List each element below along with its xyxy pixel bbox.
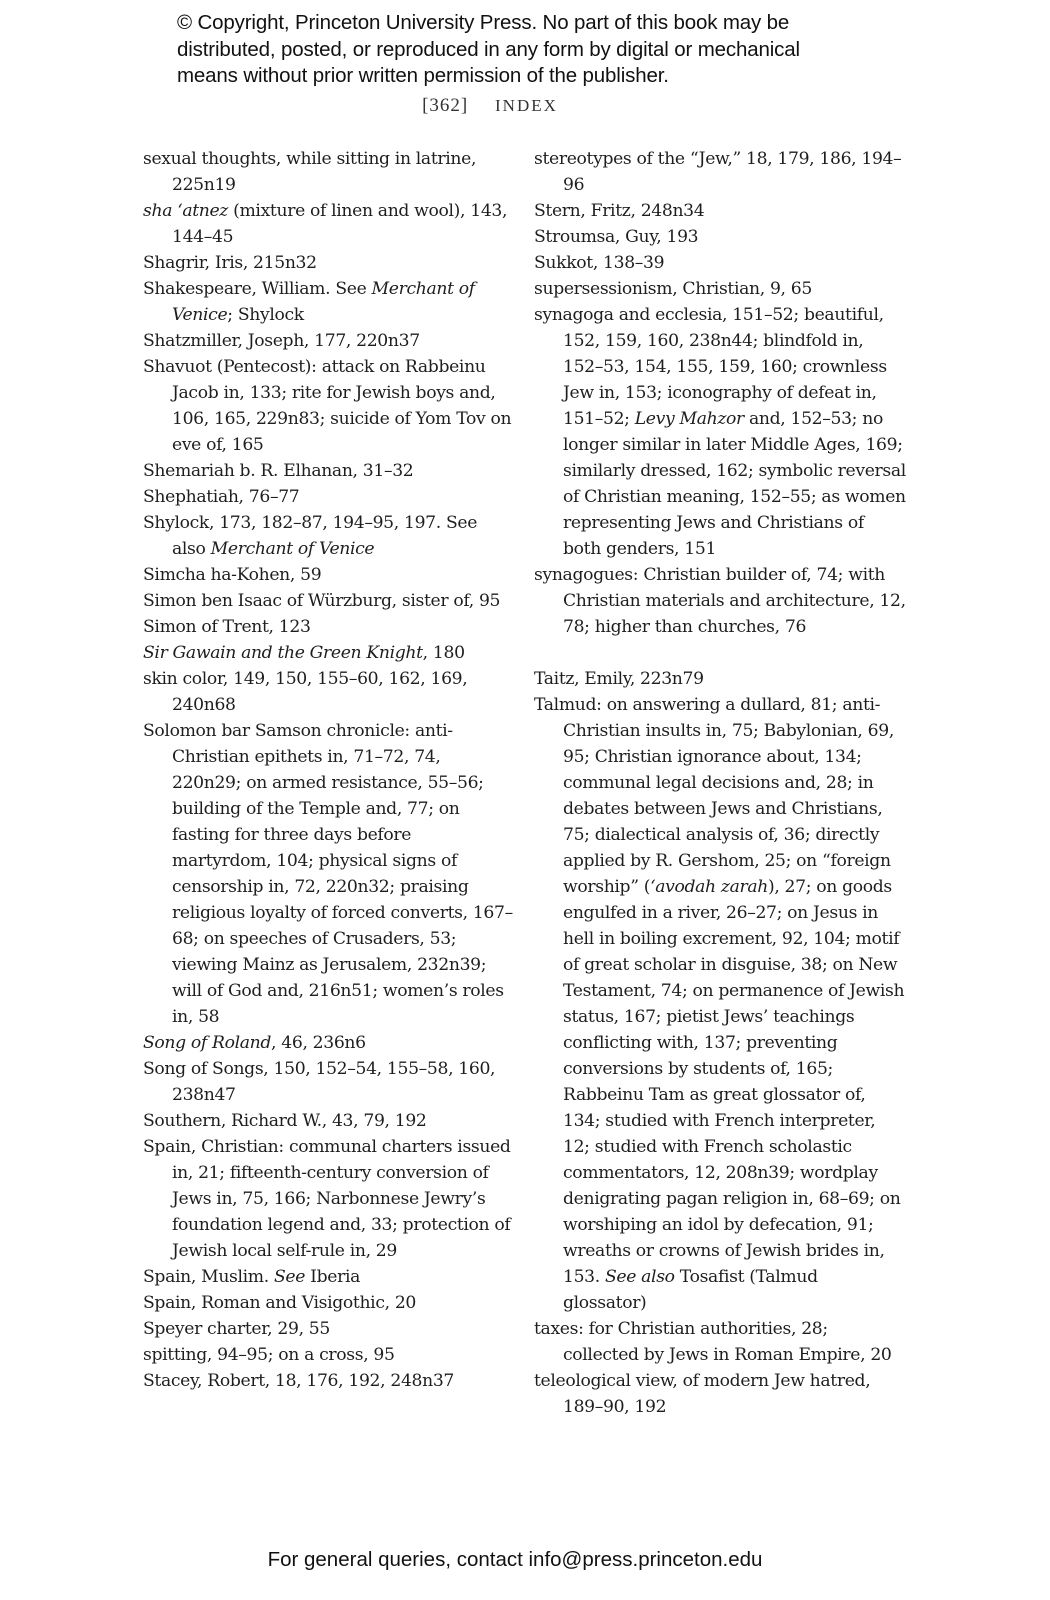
index-entry-italic: See [274, 1267, 305, 1287]
index-entry: spitting, 94–95; on a cross, 95 [143, 1342, 513, 1368]
index-entry: Song of Roland, 46, 236n6 [143, 1030, 513, 1056]
index-entry: Solomon bar Samson chronicle: anti-Chris… [143, 718, 513, 1030]
index-entry: sexual thoughts, while sitting in latrin… [143, 146, 513, 198]
index-entry-text: Stern, Fritz, 248n34 [534, 201, 704, 221]
index-entry: Song of Songs, 150, 152–54, 155–58, 160,… [143, 1056, 513, 1108]
index-entry-text: , 180 [423, 643, 465, 663]
section-title: INDEX [495, 96, 558, 115]
index-entry-text: ), 27; on goods engulfed in a river, 26–… [563, 877, 904, 1287]
contact-footer: For general queries, contact info@press.… [0, 1548, 1030, 1572]
index-entry-text: Talmud: on answering a dullard, 81; anti… [534, 695, 894, 897]
index-entry-text: Stroumsa, Guy, 193 [534, 227, 698, 247]
index-entry-text: spitting, 94–95; on a cross, 95 [143, 1345, 395, 1365]
copyright-notice: © Copyright, Princeton University Press.… [177, 10, 877, 90]
index-entry-text: and, 152–53; no longer similar in later … [563, 409, 906, 559]
index-entry-text: ; Shylock [227, 305, 304, 325]
index-entry: Spain, Roman and Visigothic, 20 [143, 1290, 513, 1316]
index-entry: Shylock, 173, 182–87, 194–95, 197. See a… [143, 510, 513, 562]
index-entry: Speyer charter, 29, 55 [143, 1316, 513, 1342]
index-entry: Shephatiah, 76–77 [143, 484, 513, 510]
index-entry-text: Sukkot, 138–39 [534, 253, 664, 273]
index-entry-text: Shatzmiller, Joseph, 177, 220n37 [143, 331, 420, 351]
index-entry-text: Shemariah b. R. Elhanan, 31–32 [143, 461, 413, 481]
index-entry: Simon ben Isaac of Würzburg, sister of, … [143, 588, 513, 614]
index-entry-text: synagogues: Christian builder of, 74; wi… [534, 565, 906, 637]
index-entry-text: Stacey, Robert, 18, 176, 192, 248n37 [143, 1371, 454, 1391]
index-entry-italic: Levy Mahzor [635, 409, 744, 429]
index-entry-text: Taitz, Emily, 223n79 [534, 669, 704, 689]
index-entry-text: Iberia [305, 1267, 360, 1287]
index-entry-text: Song of Songs, 150, 152–54, 155–58, 160,… [143, 1059, 495, 1105]
index-entry-text: taxes: for Christian authorities, 28; co… [534, 1319, 892, 1365]
index-entry: Sukkot, 138–39 [534, 250, 906, 276]
index-entry: supersessionism, Christian, 9, 65 [534, 276, 906, 302]
index-entry: Southern, Richard W., 43, 79, 192 [143, 1108, 513, 1134]
copyright-line: distributed, posted, or reproduced in an… [177, 37, 877, 64]
index-entry: Shemariah b. R. Elhanan, 31–32 [143, 458, 513, 484]
running-head: [362] INDEX [0, 95, 1050, 117]
index-entry: Stacey, Robert, 18, 176, 192, 248n37 [143, 1368, 513, 1394]
index-entry: skin color, 149, 150, 155–60, 162, 169, … [143, 666, 513, 718]
index-entry-text: skin color, 149, 150, 155–60, 162, 169, … [143, 669, 467, 715]
index-entry-text: teleological view, of modern Jew hatred,… [534, 1371, 870, 1417]
index-entry-italic: Sir Gawain and the Green Knight [143, 643, 423, 663]
index-entry-text: Simcha ha-Kohen, 59 [143, 565, 321, 585]
index-entry: Shatzmiller, Joseph, 177, 220n37 [143, 328, 513, 354]
index-entry-text: Shagrir, Iris, 215n32 [143, 253, 317, 273]
index-entry: Spain, Muslim. See Iberia [143, 1264, 513, 1290]
index-entry-text: Shephatiah, 76–77 [143, 487, 299, 507]
index-entry: teleological view, of modern Jew hatred,… [534, 1368, 906, 1420]
index-entry: Sir Gawain and the Green Knight, 180 [143, 640, 513, 666]
index-entry-italic: Song of Roland [143, 1033, 271, 1053]
index-entry-text: supersessionism, Christian, 9, 65 [534, 279, 812, 299]
index-entry: Shakespeare, William. See Merchant of Ve… [143, 276, 513, 328]
index-entry: Taitz, Emily, 223n79 [534, 666, 906, 692]
page-number: [362] [422, 95, 468, 116]
index-entry: stereotypes of the “Jew,” 18, 179, 186, … [534, 146, 906, 198]
index-entry-italic: ‘avodah zarah [650, 877, 768, 897]
index-entry-text: Simon ben Isaac of Würzburg, sister of, … [143, 591, 500, 611]
index-entry: sha ‘atnez (mixture of linen and wool), … [143, 198, 513, 250]
index-entry: Simon of Trent, 123 [143, 614, 513, 640]
index-entry: taxes: for Christian authorities, 28; co… [534, 1316, 906, 1368]
index-entry: Spain, Christian: communal charters issu… [143, 1134, 513, 1264]
index-entry-text: Shakespeare, William. See [143, 279, 372, 299]
index-entry-text: Spain, Roman and Visigothic, 20 [143, 1293, 416, 1313]
index-entry-text: sexual thoughts, while sitting in latrin… [143, 149, 476, 195]
index-entry: Stern, Fritz, 248n34 [534, 198, 906, 224]
index-entry: synagogues: Christian builder of, 74; wi… [534, 562, 906, 640]
index-entry-text: Spain, Christian: communal charters issu… [143, 1137, 511, 1261]
index-entry: Simcha ha-Kohen, 59 [143, 562, 513, 588]
index-entry-text: stereotypes of the “Jew,” 18, 179, 186, … [534, 149, 901, 195]
index-entry-text: , 46, 236n6 [271, 1033, 366, 1053]
index-entry-italic: Merchant of Venice [211, 539, 375, 559]
index-entry: Talmud: on answering a dullard, 81; anti… [534, 692, 906, 1316]
copyright-line: means without prior written permission o… [177, 63, 877, 90]
copyright-line: © Copyright, Princeton University Press.… [177, 10, 877, 37]
index-entry-text: Simon of Trent, 123 [143, 617, 311, 637]
index-entry-text: Southern, Richard W., 43, 79, 192 [143, 1111, 427, 1131]
index-entry-italic: See also [605, 1267, 675, 1287]
index-entry: Shavuot (Pentecost): attack on Rabbeinu … [143, 354, 513, 458]
index-column-left: sexual thoughts, while sitting in latrin… [143, 146, 513, 1394]
index-entry-text: Shavuot (Pentecost): attack on Rabbeinu … [143, 357, 511, 455]
index-entry-italic: sha ‘atnez [143, 201, 228, 221]
index-entry-text: Speyer charter, 29, 55 [143, 1319, 330, 1339]
index-entry: Stroumsa, Guy, 193 [534, 224, 906, 250]
index-entry-text: Solomon bar Samson chronicle: anti-Chris… [143, 721, 513, 1027]
index-column-right: stereotypes of the “Jew,” 18, 179, 186, … [534, 146, 906, 1420]
index-entry-text: Spain, Muslim. [143, 1267, 274, 1287]
index-entry: synagoga and ecclesia, 151–52; beautiful… [534, 302, 906, 562]
index-entry: Shagrir, Iris, 215n32 [143, 250, 513, 276]
